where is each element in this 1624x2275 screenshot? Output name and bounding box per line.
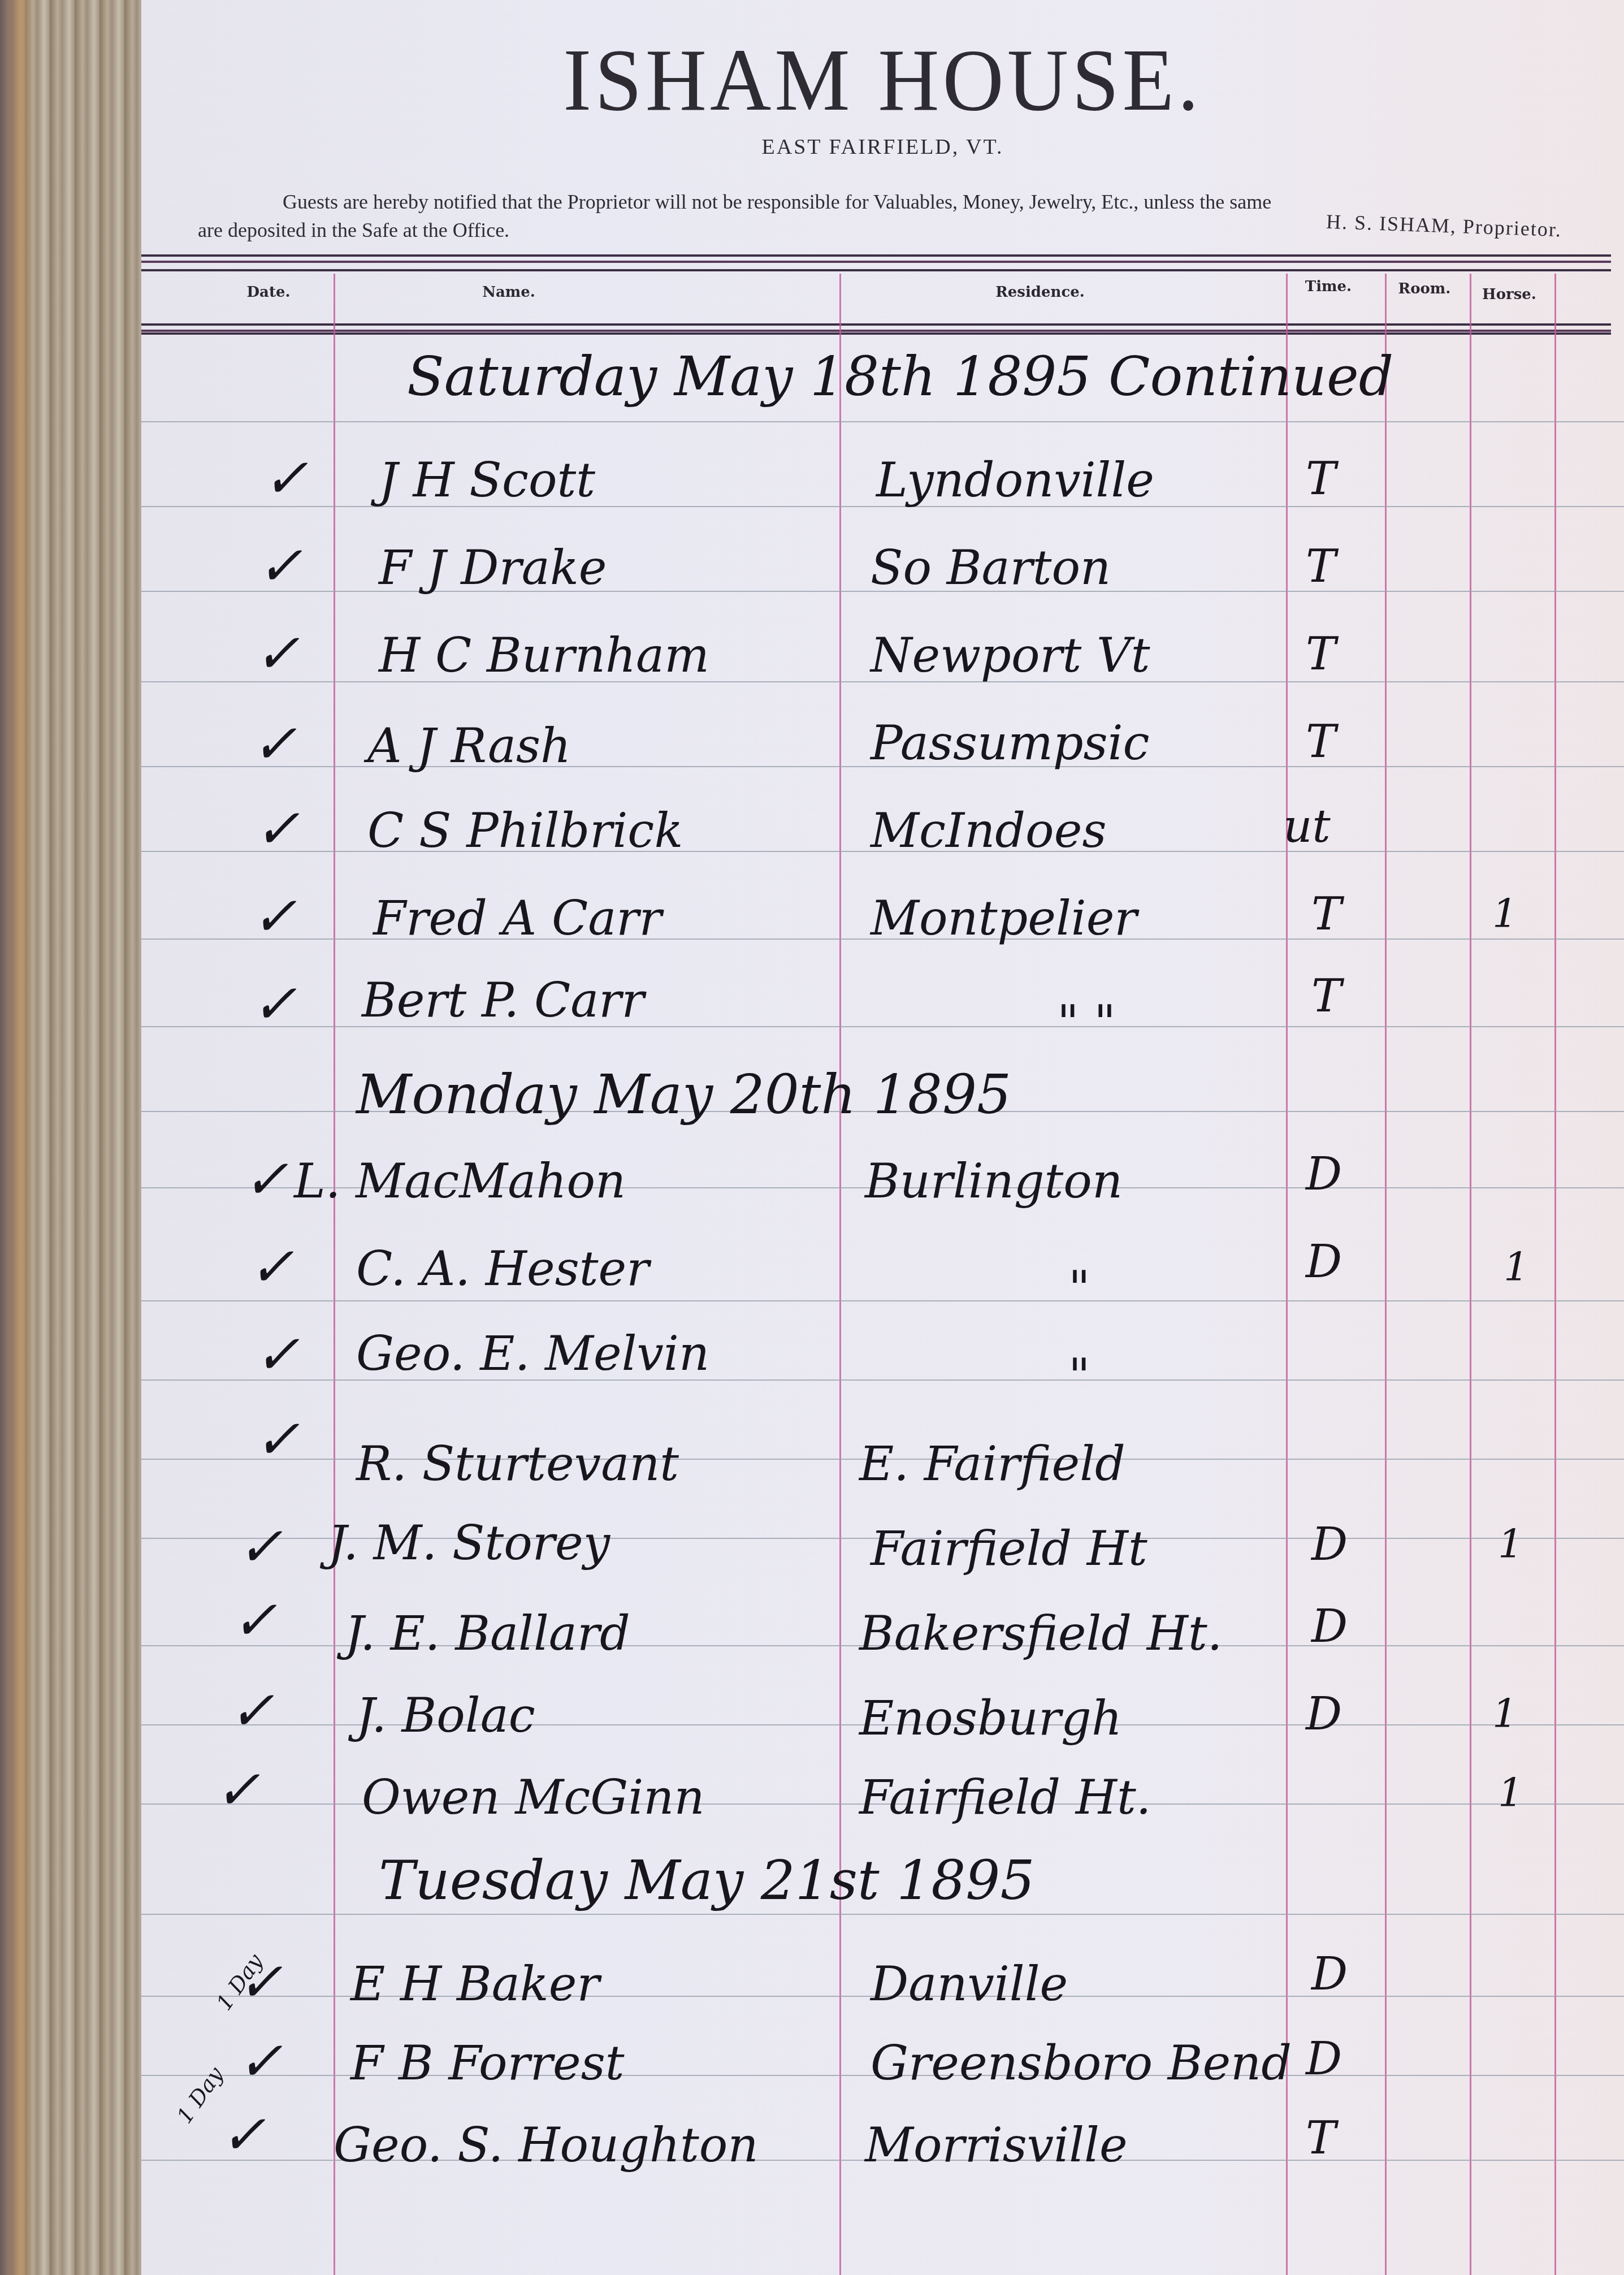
day-heading: Monday May 20th 1895 [356, 1063, 1011, 1126]
guest-residence: Fairfield Ht [871, 1521, 1147, 1576]
arrival-time: D [1311, 1948, 1348, 2000]
arrival-time: D [1306, 1148, 1342, 1200]
checkmark-icon: ✓ [252, 972, 297, 1036]
guest-name: E H Baker [350, 1956, 600, 2012]
guest-residence: So Barton [871, 540, 1111, 595]
guest-name: J H Scott [379, 452, 595, 508]
guest-name: Owen McGinn [362, 1770, 705, 1825]
guest-name: J. E. Ballard [345, 1606, 630, 1661]
header-rule-bottom [141, 323, 1611, 335]
arrival-time: T [1306, 715, 1336, 768]
day-heading: Saturday May 18th 1895 Continued [407, 345, 1393, 408]
guest-residence: Bakersfield Ht. [859, 1606, 1222, 1661]
guest-residence: Morrisville [865, 2117, 1128, 2173]
guest-name: Fred A Carr [373, 890, 662, 946]
col-header-room: Room. [1398, 280, 1451, 297]
guest-name: Geo. E. Melvin [356, 1326, 709, 1381]
column-headers: Date. Name. Residence. Time. Room. Horse… [141, 274, 1611, 319]
guest-name: Bert P. Carr [362, 972, 644, 1028]
horse-count: 1 [1492, 890, 1518, 937]
horse-count: 1 [1504, 1244, 1529, 1290]
column-rule [1554, 274, 1556, 2275]
col-header-time: Time. [1305, 278, 1352, 295]
checkmark-icon: ✓ [237, 2030, 283, 2093]
guest-residence: Montpelier [871, 890, 1137, 946]
guest-residence: " [1068, 1348, 1090, 1404]
guest-residence: Fairfield Ht. [859, 1770, 1151, 1825]
guest-name: L. MacMahon [294, 1153, 626, 1209]
checkmark-icon: ✓ [254, 797, 300, 860]
hotel-location: EAST FAIRFIELD, VT. [141, 135, 1624, 159]
guest-name: Geo. S. Houghton [334, 2117, 759, 2173]
guest-residence: Lyndonville [876, 452, 1154, 508]
hotel-title: ISHAM HOUSE. [141, 29, 1624, 131]
guest-name: H C Burnham [379, 628, 709, 683]
guest-name: A J Rash [367, 718, 571, 773]
guest-residence: " " [1057, 995, 1116, 1050]
arrival-time: T [1306, 628, 1336, 680]
checkmark-icon: ✓ [243, 1148, 288, 1211]
guest-name: J. Bolac [356, 1688, 535, 1743]
column-rule [1286, 274, 1288, 2275]
column-rule [1385, 274, 1387, 2275]
checkmark-icon: ✓ [254, 622, 300, 685]
checkmark-icon: ✓ [254, 1323, 300, 1386]
checkmark-icon: ✓ [252, 712, 297, 776]
guest-name: R. Sturtevant [356, 1436, 679, 1491]
ruled-line [141, 1300, 1624, 1301]
arrival-time: T [1311, 970, 1341, 1022]
arrival-time: D [1306, 1235, 1342, 1288]
day-heading: Tuesday May 21st 1895 [379, 1849, 1034, 1912]
checkmark-icon: ✓ [237, 1515, 283, 1578]
col-header-horse: Horse. [1482, 286, 1536, 303]
checkmark-icon: ✓ [232, 1589, 277, 1652]
checkmark-icon: ✓ [229, 1679, 274, 1742]
guest-residence: E. Fairfield [859, 1436, 1125, 1491]
horse-count: 1 [1492, 1690, 1518, 1737]
guest-name: C S Philbrick [367, 803, 683, 858]
arrival-time: D [1306, 2032, 1342, 2085]
guest-residence: McIndoes [871, 803, 1107, 858]
arrival-time: D [1306, 1688, 1342, 1740]
arrival-time: T [1306, 2112, 1336, 2164]
margin-note: 1 Day [172, 2062, 228, 2128]
col-header-residence: Residence. [995, 284, 1085, 301]
column-rule [334, 274, 335, 2275]
guest-residence: " [1068, 1261, 1090, 1316]
column-rule [839, 274, 841, 2275]
ruled-line [141, 1914, 1624, 1915]
header-rule-top [141, 254, 1611, 271]
checkmark-icon: ✓ [249, 1235, 294, 1299]
guest-name: F B Forrest [350, 2035, 625, 2091]
arrival-time: ut [1283, 800, 1331, 853]
col-header-date: Date. [247, 284, 291, 301]
checkmark-icon: ✓ [237, 1950, 283, 2014]
book-page-edges [0, 0, 145, 2275]
checkmark-icon: ✓ [215, 1758, 260, 1822]
guest-residence: Greensboro Bend [871, 2035, 1292, 2091]
arrival-time: T [1306, 540, 1336, 592]
col-header-name: Name. [482, 284, 535, 301]
checkmark-icon: ✓ [252, 885, 297, 948]
guest-residence: Passumpsic [871, 715, 1150, 771]
guest-residence: Newport Vt [871, 628, 1150, 683]
arrival-time: T [1306, 452, 1336, 505]
arrival-time: D [1311, 1518, 1348, 1571]
guest-name: F J Drake [379, 540, 607, 595]
checkmark-icon: ✓ [254, 1408, 300, 1471]
guest-residence: Danville [871, 1956, 1068, 2012]
register-page: ISHAM HOUSE. EAST FAIRFIELD, VT. Guests … [141, 0, 1624, 2275]
column-rule [1470, 274, 1471, 2275]
guest-residence: Burlington [865, 1153, 1123, 1209]
guest-residence: Enosburgh [859, 1690, 1122, 1746]
horse-count: 1 [1498, 1770, 1523, 1816]
horse-count: 1 [1498, 1521, 1523, 1567]
ruled-line [141, 421, 1624, 422]
guest-name: J. M. Storey [328, 1515, 610, 1571]
arrival-time: D [1311, 1600, 1348, 1653]
checkmark-icon: ✓ [257, 534, 302, 598]
guest-name: C. A. Hester [356, 1241, 649, 1296]
checkmark-icon: ✓ [263, 447, 308, 510]
arrival-time: T [1311, 888, 1341, 940]
checkmark-icon: ✓ [220, 2103, 266, 2166]
